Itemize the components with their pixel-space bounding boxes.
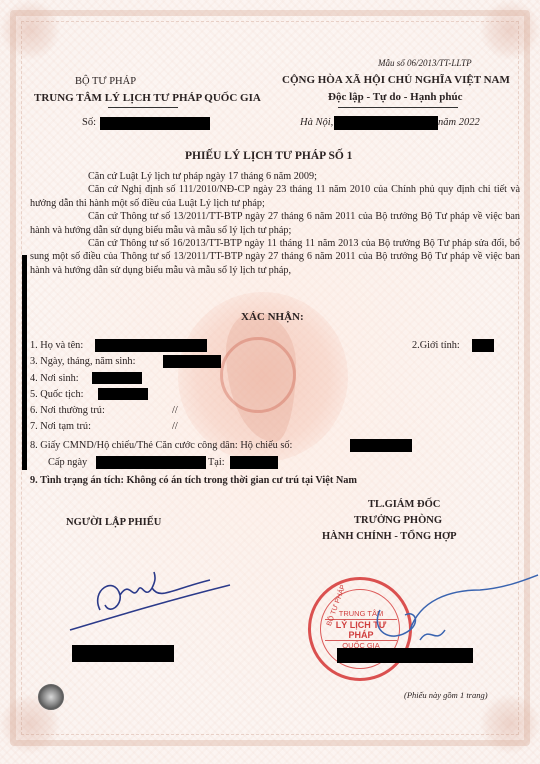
temporary-residence-value: //: [172, 421, 178, 432]
redacted-nationality: [98, 388, 148, 400]
id-document-label: 8. Giấy CMND/Hộ chiếu/Thẻ Căn cước công …: [30, 440, 292, 451]
ministry-name: BỘ TƯ PHÁP: [75, 76, 136, 87]
temporary-residence-label: 7. Nơi tạm trú:: [30, 421, 91, 432]
corner-ornament: [480, 694, 540, 754]
nationality-label: 5. Quốc tịch:: [30, 389, 83, 400]
birth-date-label: 3. Ngày, tháng, năm sinh:: [30, 356, 135, 367]
criminal-record-value: Không có án tích trong thời gian cư trú …: [127, 475, 358, 486]
redacted-issue-date: [96, 456, 206, 469]
document-title: PHIẾU LÝ LỊCH TƯ PHÁP SỐ 1: [185, 150, 352, 162]
form-number: Mẫu số 06/2013/TT-LLTP: [378, 58, 472, 68]
preparer-signature: [60, 560, 240, 640]
republic-name: CỘNG HÒA XÃ HỘI CHỦ NGHĨA VIỆT NAM: [282, 74, 510, 86]
gender-label: 2.Giới tính:: [412, 340, 460, 351]
issue-place-label: Tại:: [208, 457, 225, 468]
issue-place: Hà Nội,: [300, 117, 333, 128]
corner-ornament: [0, 0, 60, 60]
document-number-label: Số:: [82, 117, 96, 128]
redacted-approver-name: [337, 648, 473, 663]
redacted-full-name: [95, 339, 207, 352]
redacted-birth-place: [92, 372, 142, 384]
issue-date-label: Cấp ngày: [48, 457, 87, 468]
birth-place-label: 4. Nơi sinh:: [30, 373, 79, 384]
scan-edge-mark: [22, 255, 27, 470]
redacted-birth-date: [163, 355, 221, 368]
redacted-preparer-name: [72, 645, 174, 662]
page-count-note: (Phiếu này gồm 1 trang): [404, 690, 488, 700]
corner-ornament: [480, 0, 540, 60]
legal-basis: Căn cứ Luật Lý lịch tư pháp ngày 17 thán…: [30, 170, 520, 277]
approver-title-line3: HÀNH CHÍNH - TỔNG HỢP: [322, 531, 457, 542]
issue-year: năm 2022: [438, 117, 480, 128]
legal-basis-item: Căn cứ Nghị định số 111/2010/NĐ-CP ngày …: [30, 183, 520, 210]
divider: [338, 107, 458, 108]
legal-basis-item: Căn cứ Thông tư số 16/2013/TT-BTP ngày 1…: [30, 237, 520, 277]
criminal-record-label: 9. Tình trạng án tích:: [30, 475, 124, 486]
national-motto: Độc lập - Tự do - Hạnh phúc: [328, 91, 462, 103]
legal-basis-item: Căn cứ Luật Lý lịch tư pháp ngày 17 thán…: [30, 170, 520, 183]
preparer-title: NGƯỜI LẬP PHIẾU: [66, 517, 161, 528]
approver-title-line1: TL.GIÁM ĐỐC: [368, 499, 440, 510]
approver-signature: [360, 570, 540, 660]
issuing-center: TRUNG TÂM LÝ LỊCH TƯ PHÁP QUỐC GIA: [34, 92, 261, 104]
confirmation-heading: XÁC NHẬN:: [241, 311, 304, 323]
criminal-record-certificate: Mẫu số 06/2013/TT-LLTP BỘ TƯ PHÁP TRUNG …: [0, 0, 540, 764]
hologram-seal-icon: [38, 684, 64, 710]
permanent-residence-value: //: [172, 405, 178, 416]
legal-basis-item: Căn cứ Thông tư số 13/2011/TT-BTP ngày 2…: [30, 210, 520, 237]
redacted-document-number: [100, 117, 210, 130]
divider: [108, 107, 178, 108]
criminal-record-status: 9. Tình trạng án tích: Không có án tích …: [30, 475, 357, 486]
full-name-label: 1. Họ và tên:: [30, 340, 83, 351]
justice-emblem-icon: [220, 337, 296, 413]
redacted-issue-place: [230, 456, 278, 469]
redacted-issue-date: [334, 116, 438, 130]
redacted-passport-number: [350, 439, 412, 452]
approver-title-line2: TRƯỞNG PHÒNG: [354, 515, 442, 526]
redacted-gender: [472, 339, 494, 352]
permanent-residence-label: 6. Nơi thường trú:: [30, 405, 105, 416]
